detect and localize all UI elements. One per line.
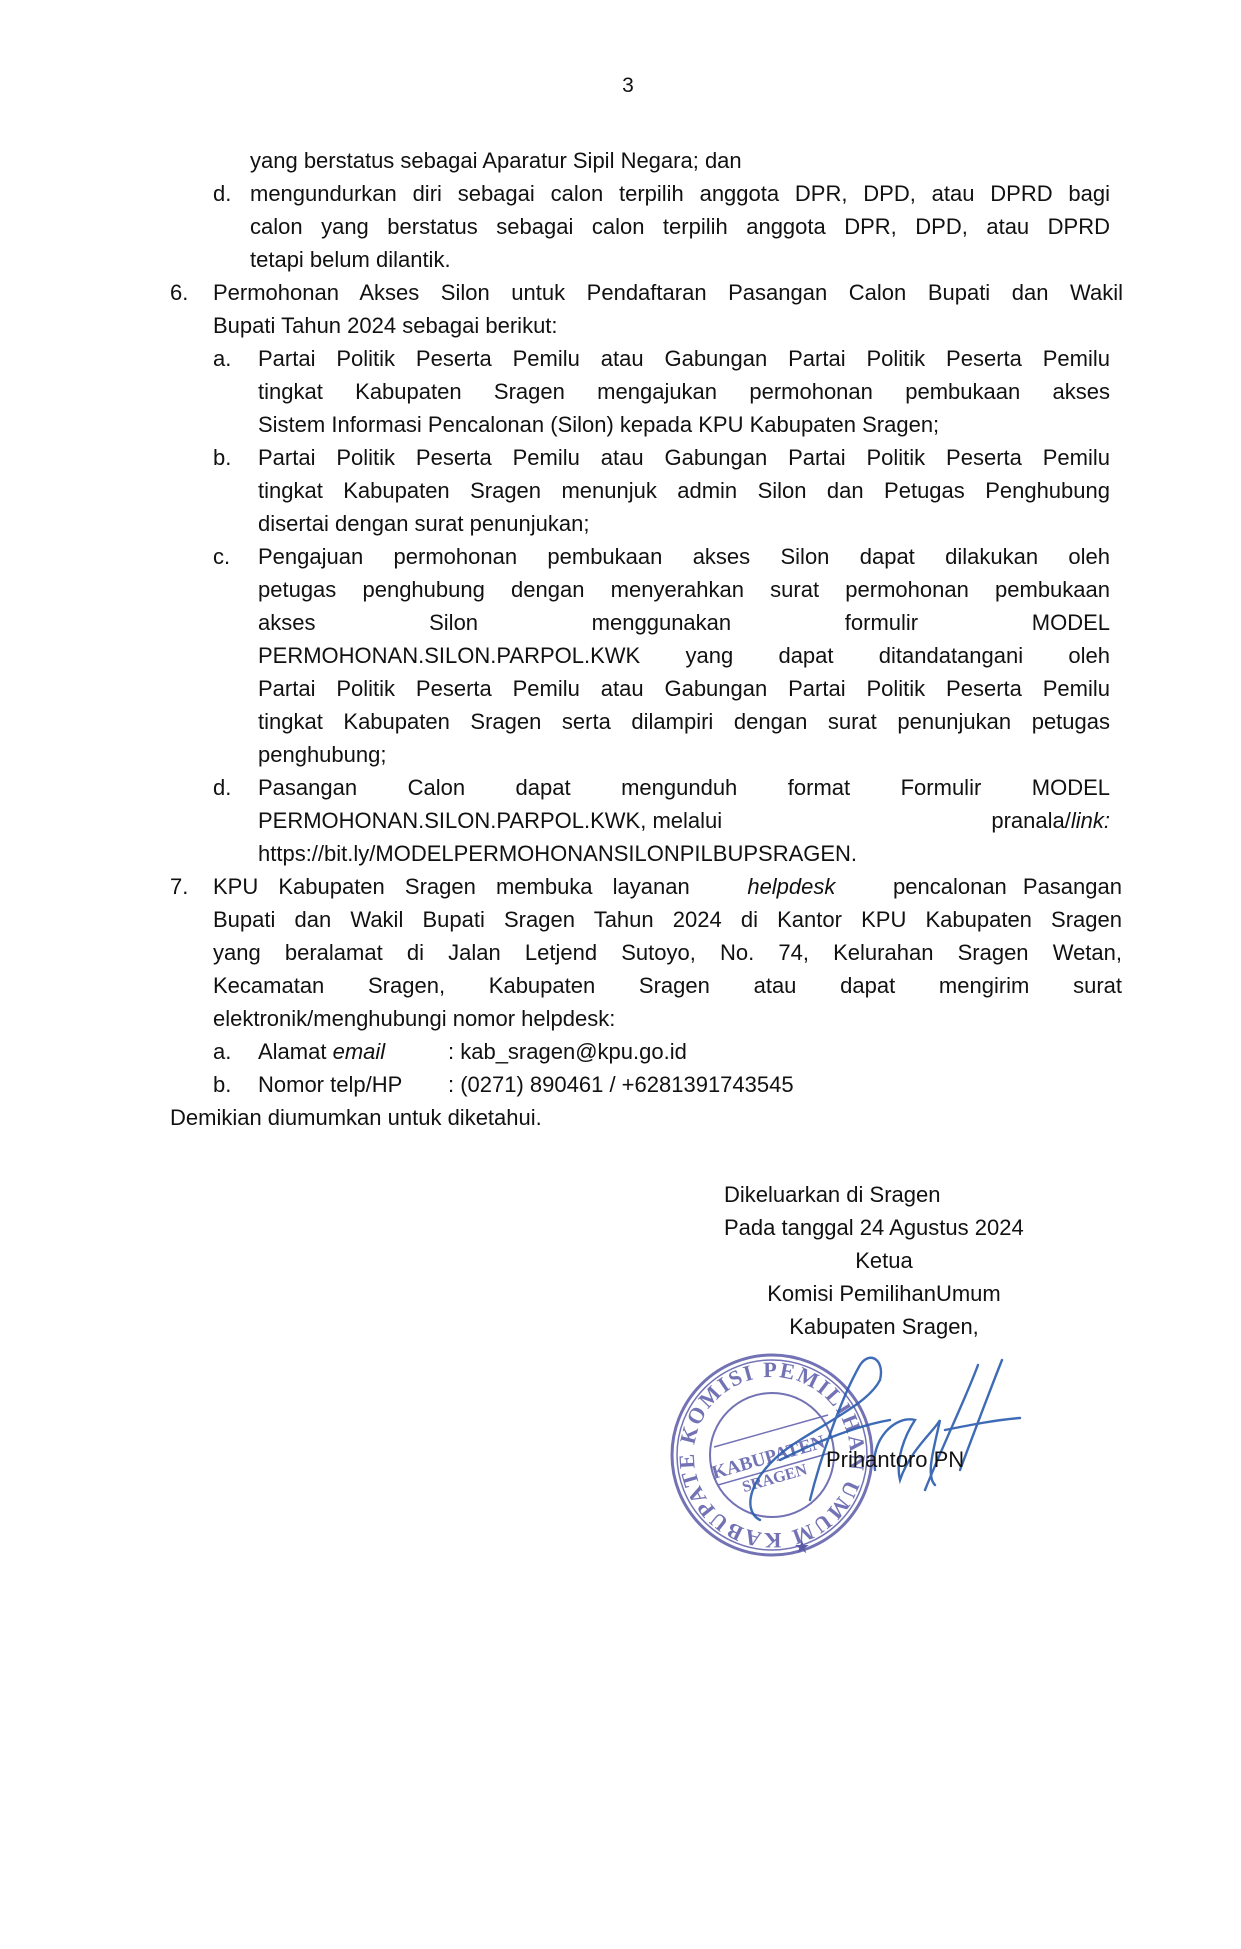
contact-email-value[interactable]: : kab_sragen@kpu.go.id (448, 1035, 687, 1068)
item6b-line: disertai dengan surat penunjukan; (258, 507, 589, 540)
signatory-name: Prihantoro PN (826, 1443, 964, 1476)
item6c-line: Pengajuan permohonan pembukaan akses Sil… (258, 540, 1110, 573)
signature-institution: Komisi PemilihanUmum (724, 1277, 1044, 1310)
item6d-link-label: pranala/link: (991, 804, 1110, 837)
item7-line1-pre: KPU Kabupaten Sragen membuka layanan (213, 870, 690, 903)
closing-statement: Demikian diumumkan untuk diketahui. (170, 1101, 542, 1134)
item6d-line-text: PERMOHONAN.SILON.PARPOL.KWK, melalui (258, 804, 722, 837)
item7-line: Kecamatan Sragen, Kabupaten Sragen atau … (213, 969, 1122, 1002)
item6d-line: Pasangan Calon dapat mengunduh format Fo… (258, 771, 1110, 804)
item6c-line: Partai Politik Peserta Pemilu atau Gabun… (258, 672, 1110, 705)
contact-email-key: Alamat email (258, 1035, 385, 1068)
item7-number: 7. (170, 870, 188, 903)
contact-key-text: Alamat (258, 1039, 333, 1064)
item6a-line: Partai Politik Peserta Pemilu atau Gabun… (258, 342, 1110, 375)
item6-line: Permohonan Akses Silon untuk Pendaftaran… (213, 276, 1123, 309)
contact-phone-label: b. (213, 1068, 231, 1101)
contact-phone-value: : (0271) 890461 / +6281391743545 (448, 1068, 794, 1101)
item6-line: Bupati Tahun 2024 sebagai berikut: (213, 309, 558, 342)
item5d-line: mengundurkan diri sebagai calon terpilih… (250, 177, 1110, 210)
item6a-line: tingkat Kabupaten Sragen mengajukan perm… (258, 375, 1110, 408)
item6b-line: tingkat Kabupaten Sragen menunjuk admin … (258, 474, 1110, 507)
item7-line1-post: pencalonan Pasangan (893, 870, 1122, 903)
signature-position: Ketua (724, 1244, 1044, 1277)
item6a-label: a. (213, 342, 231, 375)
page-number: 3 (0, 74, 1241, 98)
contact-key-italic: email (333, 1039, 386, 1064)
signature-date: Pada tanggal 24 Agustus 2024 (724, 1211, 1024, 1244)
item6-number: 6. (170, 276, 188, 309)
item5d-line: calon yang berstatus sebagai calon terpi… (250, 210, 1110, 243)
item6b-line: Partai Politik Peserta Pemilu atau Gabun… (258, 441, 1110, 474)
item6c-line: petugas penghubung dengan menyerahkan su… (258, 573, 1110, 606)
signature-issued-at: Dikeluarkan di Sragen (724, 1178, 940, 1211)
link-prefix: pranala/ (991, 808, 1071, 833)
item7-line1-italic: helpdesk (747, 870, 835, 903)
item7-line: KPU Kabupaten Sragen membuka layanan hel… (213, 870, 1122, 903)
item7-line: yang beralamat di Jalan Letjend Sutoyo, … (213, 936, 1122, 969)
item5d-label: d. (213, 177, 231, 210)
item6a-line: Sistem Informasi Pencalonan (Silon) kepa… (258, 408, 939, 441)
handwritten-signature-icon (720, 1320, 1040, 1540)
item6d-url-link[interactable]: https://bit.ly/MODELPERMOHONANSILONPILBU… (258, 837, 857, 870)
item6b-label: b. (213, 441, 231, 474)
item6c-line: penghubung; (258, 738, 386, 771)
item6c-label: c. (213, 540, 230, 573)
link-italic: link: (1071, 808, 1110, 833)
svg-text:★: ★ (794, 1537, 810, 1558)
item5c-tail: yang berstatus sebagai Aparatur Sipil Ne… (250, 144, 742, 177)
item5d-line: tetapi belum dilantik. (250, 243, 451, 276)
item6c-line: tingkat Kabupaten Sragen serta dilampiri… (258, 705, 1110, 738)
contact-phone-key: Nomor telp/HP (258, 1068, 402, 1101)
item6c-line: akses Silon menggunakan formulir MODEL (258, 606, 1110, 639)
item6d-line: PERMOHONAN.SILON.PARPOL.KWK, melalui pra… (258, 804, 1110, 837)
contact-email-label: a. (213, 1035, 231, 1068)
item7-line: elektronik/menghubungi nomor helpdesk: (213, 1002, 615, 1035)
item6c-line: PERMOHONAN.SILON.PARPOL.KWK yang dapat d… (258, 639, 1110, 672)
item6d-label: d. (213, 771, 231, 804)
item7-line: Bupati dan Wakil Bupati Sragen Tahun 202… (213, 903, 1122, 936)
